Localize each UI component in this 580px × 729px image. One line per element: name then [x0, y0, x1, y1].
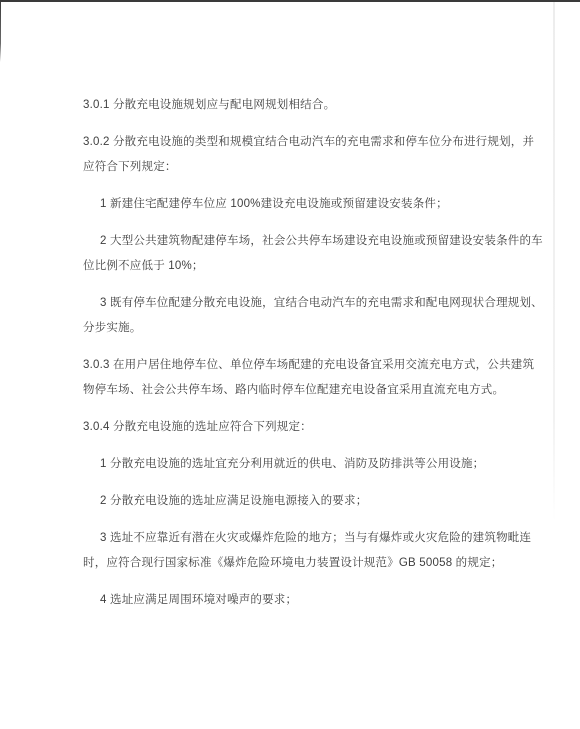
text-line: 1 新建住宅配建停车位应 100%建设充电设施或预留建设安装条件； [83, 192, 513, 217]
text-line: 3 既有停车位配建分散充电设施，宜结合电动汽车的充电需求和配电网现状合理规划、 [83, 291, 513, 316]
paragraph: 2 大型公共建筑物配建停车场，社会公共停车场建设充电设施或预留建设安装条件的车位… [83, 229, 513, 279]
paragraph: 3.0.3 在用户居住地停车位、单位停车场配建的充电设备宜采用交流充电方式，公共… [83, 353, 513, 403]
text-line: 1 分散充电设施的选址宜充分利用就近的供电、消防及防排洪等公用设施； [83, 452, 513, 477]
text-line: 3.0.1 分散充电设施规划应与配电网规划相结合。 [83, 93, 513, 118]
text-line: 应符合下列规定： [83, 155, 513, 180]
text-line: 2 大型公共建筑物配建停车场，社会公共停车场建设充电设施或预留建设安装条件的车 [83, 229, 513, 254]
text-line: 分步实施。 [83, 316, 513, 341]
text-line: 3.0.4 分散充电设施的选址应符合下列规定： [83, 415, 513, 440]
paragraph: 3.0.2 分散充电设施的类型和规模宜结合电动汽车的充电需求和停车位分布进行规划… [83, 130, 513, 180]
text-line: 位比例不应低于 10%； [83, 254, 513, 279]
text-line: 3 选址不应靠近有潜在火灾或爆炸危险的地方；当与有爆炸或火灾危险的建筑物毗连 [83, 526, 513, 551]
text-line: 时，应符合现行国家标准《爆炸危险环境电力装置设计规范》GB 50058 的规定； [83, 551, 513, 576]
document-content: 3.0.1 分散充电设施规划应与配电网规划相结合。3.0.2 分散充电设施的类型… [83, 93, 513, 625]
paragraph: 3 选址不应靠近有潜在火灾或爆炸危险的地方；当与有爆炸或火灾危险的建筑物毗连时，… [83, 526, 513, 576]
text-line: 4 选址应满足周围环境对噪声的要求； [83, 588, 513, 613]
paragraph: 4 选址应满足周围环境对噪声的要求； [83, 588, 513, 613]
paragraph: 3.0.4 分散充电设施的选址应符合下列规定： [83, 415, 513, 440]
paragraph: 1 分散充电设施的选址宜充分利用就近的供电、消防及防排洪等公用设施； [83, 452, 513, 477]
text-line: 物停车场、社会公共停车场、路内临时停车位配建充电设备宜采用直流充电方式。 [83, 378, 513, 403]
paragraph: 2 分散充电设施的选址应满足设施电源接入的要求； [83, 489, 513, 514]
paragraph: 3.0.1 分散充电设施规划应与配电网规划相结合。 [83, 93, 513, 118]
paragraph: 3 既有停车位配建分散充电设施，宜结合电动汽车的充电需求和配电网现状合理规划、分… [83, 291, 513, 341]
paragraph: 1 新建住宅配建停车位应 100%建设充电设施或预留建设安装条件； [83, 192, 513, 217]
text-line: 3.0.3 在用户居住地停车位、单位停车场配建的充电设备宜采用交流充电方式，公共… [83, 353, 513, 378]
document-page: 3.0.1 分散充电设施规划应与配电网规划相结合。3.0.2 分散充电设施的类型… [0, 0, 580, 729]
text-line: 2 分散充电设施的选址应满足设施电源接入的要求； [83, 489, 513, 514]
page-right-edge [553, 2, 555, 522]
text-line: 3.0.2 分散充电设施的类型和规模宜结合电动汽车的充电需求和停车位分布进行规划… [83, 130, 513, 155]
window-top-border [0, 0, 580, 2]
page-left-edge [0, 0, 1, 62]
